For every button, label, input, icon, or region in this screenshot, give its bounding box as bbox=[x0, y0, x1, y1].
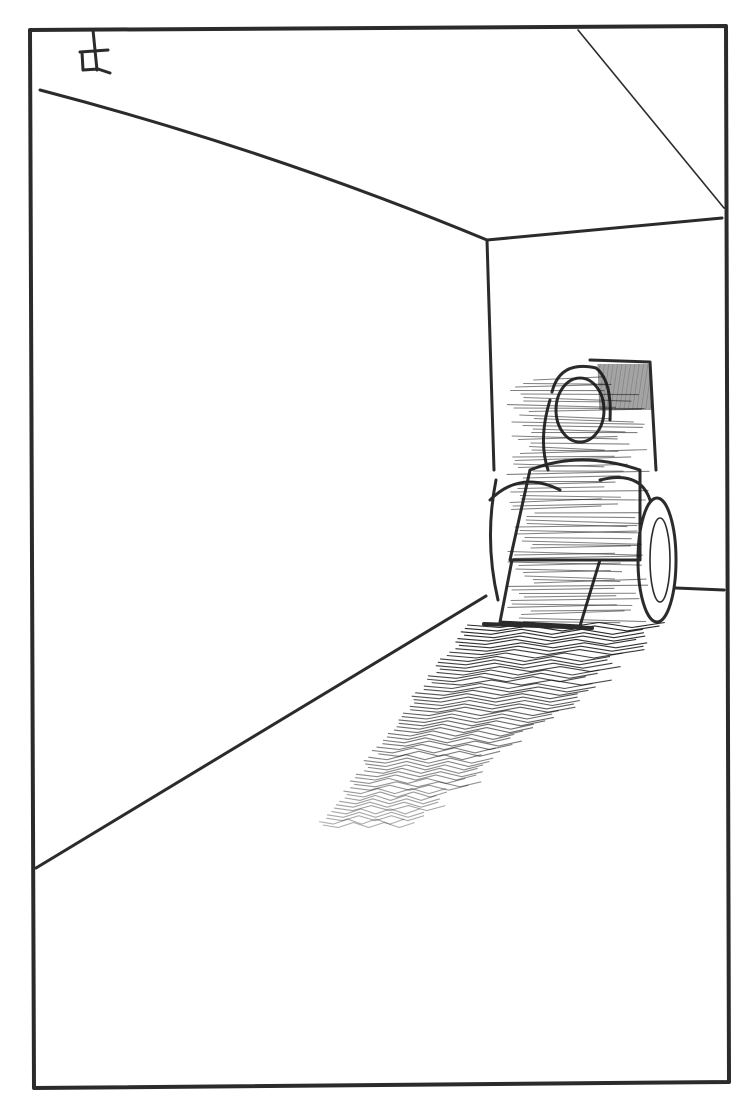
floor-shadow bbox=[319, 623, 665, 828]
room-lines bbox=[36, 30, 724, 868]
panel-frame bbox=[30, 26, 729, 1088]
sketch-canvas: (function(){ // shadow: horizontal scrib… bbox=[0, 0, 750, 1116]
wheelchair-figure bbox=[484, 360, 676, 628]
corner-mark-icon bbox=[80, 30, 110, 73]
